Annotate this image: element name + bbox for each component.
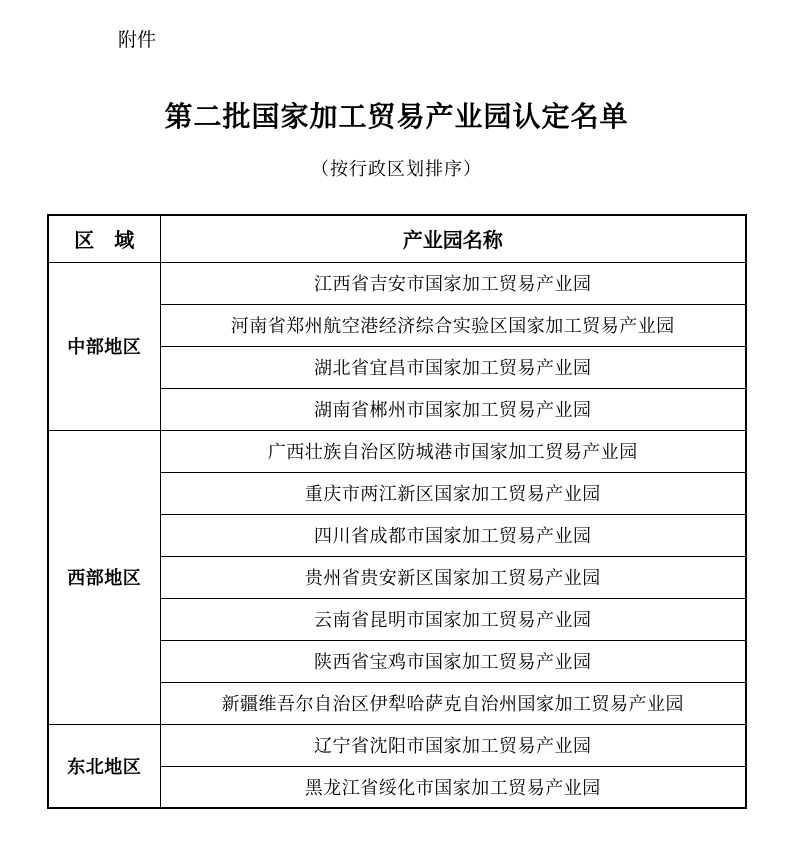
attachment-label: 附件	[118, 30, 156, 53]
header-park-name: 产业园名称	[160, 215, 746, 262]
table-row: 西部地区广西壮族自治区防城港市国家加工贸易产业园	[48, 430, 746, 472]
page-title: 第二批国家加工贸易产业园认定名单	[0, 102, 793, 134]
park-name-cell: 新疆维吾尔自治区伊犁哈萨克自治州国家加工贸易产业园	[160, 682, 746, 724]
park-name-cell: 江西省吉安市国家加工贸易产业园	[160, 262, 746, 304]
document-page: 附件 第二批国家加工贸易产业园认定名单 （按行政区划排序） 区 域 产业园名称 …	[0, 0, 793, 850]
region-cell: 西部地区	[48, 430, 160, 724]
park-name-cell: 湖北省宜昌市国家加工贸易产业园	[160, 346, 746, 388]
park-name-cell: 陕西省宝鸡市国家加工贸易产业园	[160, 640, 746, 682]
table-row: 中部地区江西省吉安市国家加工贸易产业园	[48, 262, 746, 304]
park-name-cell: 贵州省贵安新区国家加工贸易产业园	[160, 556, 746, 598]
page-subtitle: （按行政区划排序）	[0, 155, 793, 181]
table-body: 中部地区江西省吉安市国家加工贸易产业园河南省郑州航空港经济综合实验区国家加工贸易…	[48, 262, 746, 808]
table-header: 区 域 产业园名称	[48, 215, 746, 262]
park-name-cell: 广西壮族自治区防城港市国家加工贸易产业园	[160, 430, 746, 472]
header-row: 区 域 产业园名称	[48, 215, 746, 262]
park-name-cell: 云南省昆明市国家加工贸易产业园	[160, 598, 746, 640]
park-name-cell: 河南省郑州航空港经济综合实验区国家加工贸易产业园	[160, 304, 746, 346]
park-name-cell: 湖南省郴州市国家加工贸易产业园	[160, 388, 746, 430]
park-name-cell: 黑龙江省绥化市国家加工贸易产业园	[160, 766, 746, 808]
park-name-cell: 辽宁省沈阳市国家加工贸易产业园	[160, 724, 746, 766]
region-cell: 东北地区	[48, 724, 160, 808]
park-name-cell: 四川省成都市国家加工贸易产业园	[160, 514, 746, 556]
parks-table: 区 域 产业园名称 中部地区江西省吉安市国家加工贸易产业园河南省郑州航空港经济综…	[47, 214, 747, 809]
region-cell: 中部地区	[48, 262, 160, 430]
header-region: 区 域	[48, 215, 160, 262]
park-name-cell: 重庆市两江新区国家加工贸易产业园	[160, 472, 746, 514]
table-row: 东北地区辽宁省沈阳市国家加工贸易产业园	[48, 724, 746, 766]
